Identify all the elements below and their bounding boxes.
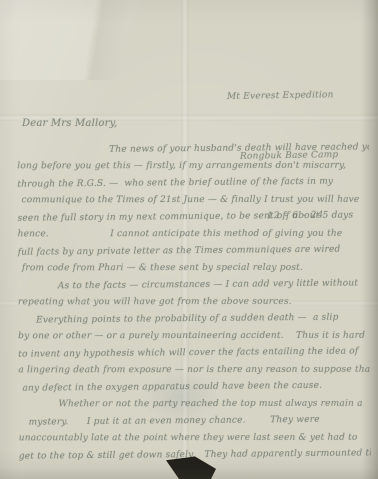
- paper-edge-right-shadow: [362, 0, 378, 479]
- letter-line: communique to the Times of 21st June — &…: [17, 192, 369, 210]
- letter-line: mystery. I put it at an even money chanc…: [19, 411, 371, 431]
- letter-line: by one or other — or a purely mountainee…: [18, 328, 370, 346]
- letter-line: As to the facts — circumstances — I can …: [18, 275, 370, 295]
- letter-line: to invent any hypothesis which will cove…: [18, 343, 370, 363]
- letter-photograph: Mt Everest Expedition Rongbuk Base Camp …: [0, 0, 378, 479]
- letter-line: unaccountably late at the point where th…: [19, 430, 371, 448]
- salutation: Dear Mrs Mallory,: [22, 118, 118, 129]
- letter-line: Whether or not the party reached the top…: [19, 396, 371, 414]
- letter-line: repeating what you will have got from th…: [18, 294, 370, 312]
- letter-line: hence. I cannot anticipate this method o…: [18, 226, 370, 244]
- letter-line: long before you get this — firstly, if m…: [17, 158, 369, 176]
- header-expedition-line: Mt Everest Expedition: [227, 85, 338, 107]
- letter-line: from code from Phari — & these sent by s…: [18, 260, 370, 278]
- fold-crease-diagonal: [0, 0, 240, 80]
- letter-line: through the R.G.S. — who sent the brief …: [17, 173, 369, 193]
- letter-line: a lingering death from exposure — nor is…: [18, 362, 370, 380]
- letter-line: seen the full story in my next communiqu…: [17, 207, 369, 227]
- paper-edge-bottom-shadow: [0, 467, 378, 479]
- letter-line: any defect in the oxygen apparatus could…: [18, 377, 370, 397]
- letter-line: Everything points to the probability of …: [18, 309, 370, 329]
- letter-line: full facts by any private letter as the …: [18, 241, 370, 261]
- letter-line: The news of your husband's death will ha…: [17, 139, 369, 159]
- letter-body: The news of your husband's death will ha…: [17, 140, 371, 465]
